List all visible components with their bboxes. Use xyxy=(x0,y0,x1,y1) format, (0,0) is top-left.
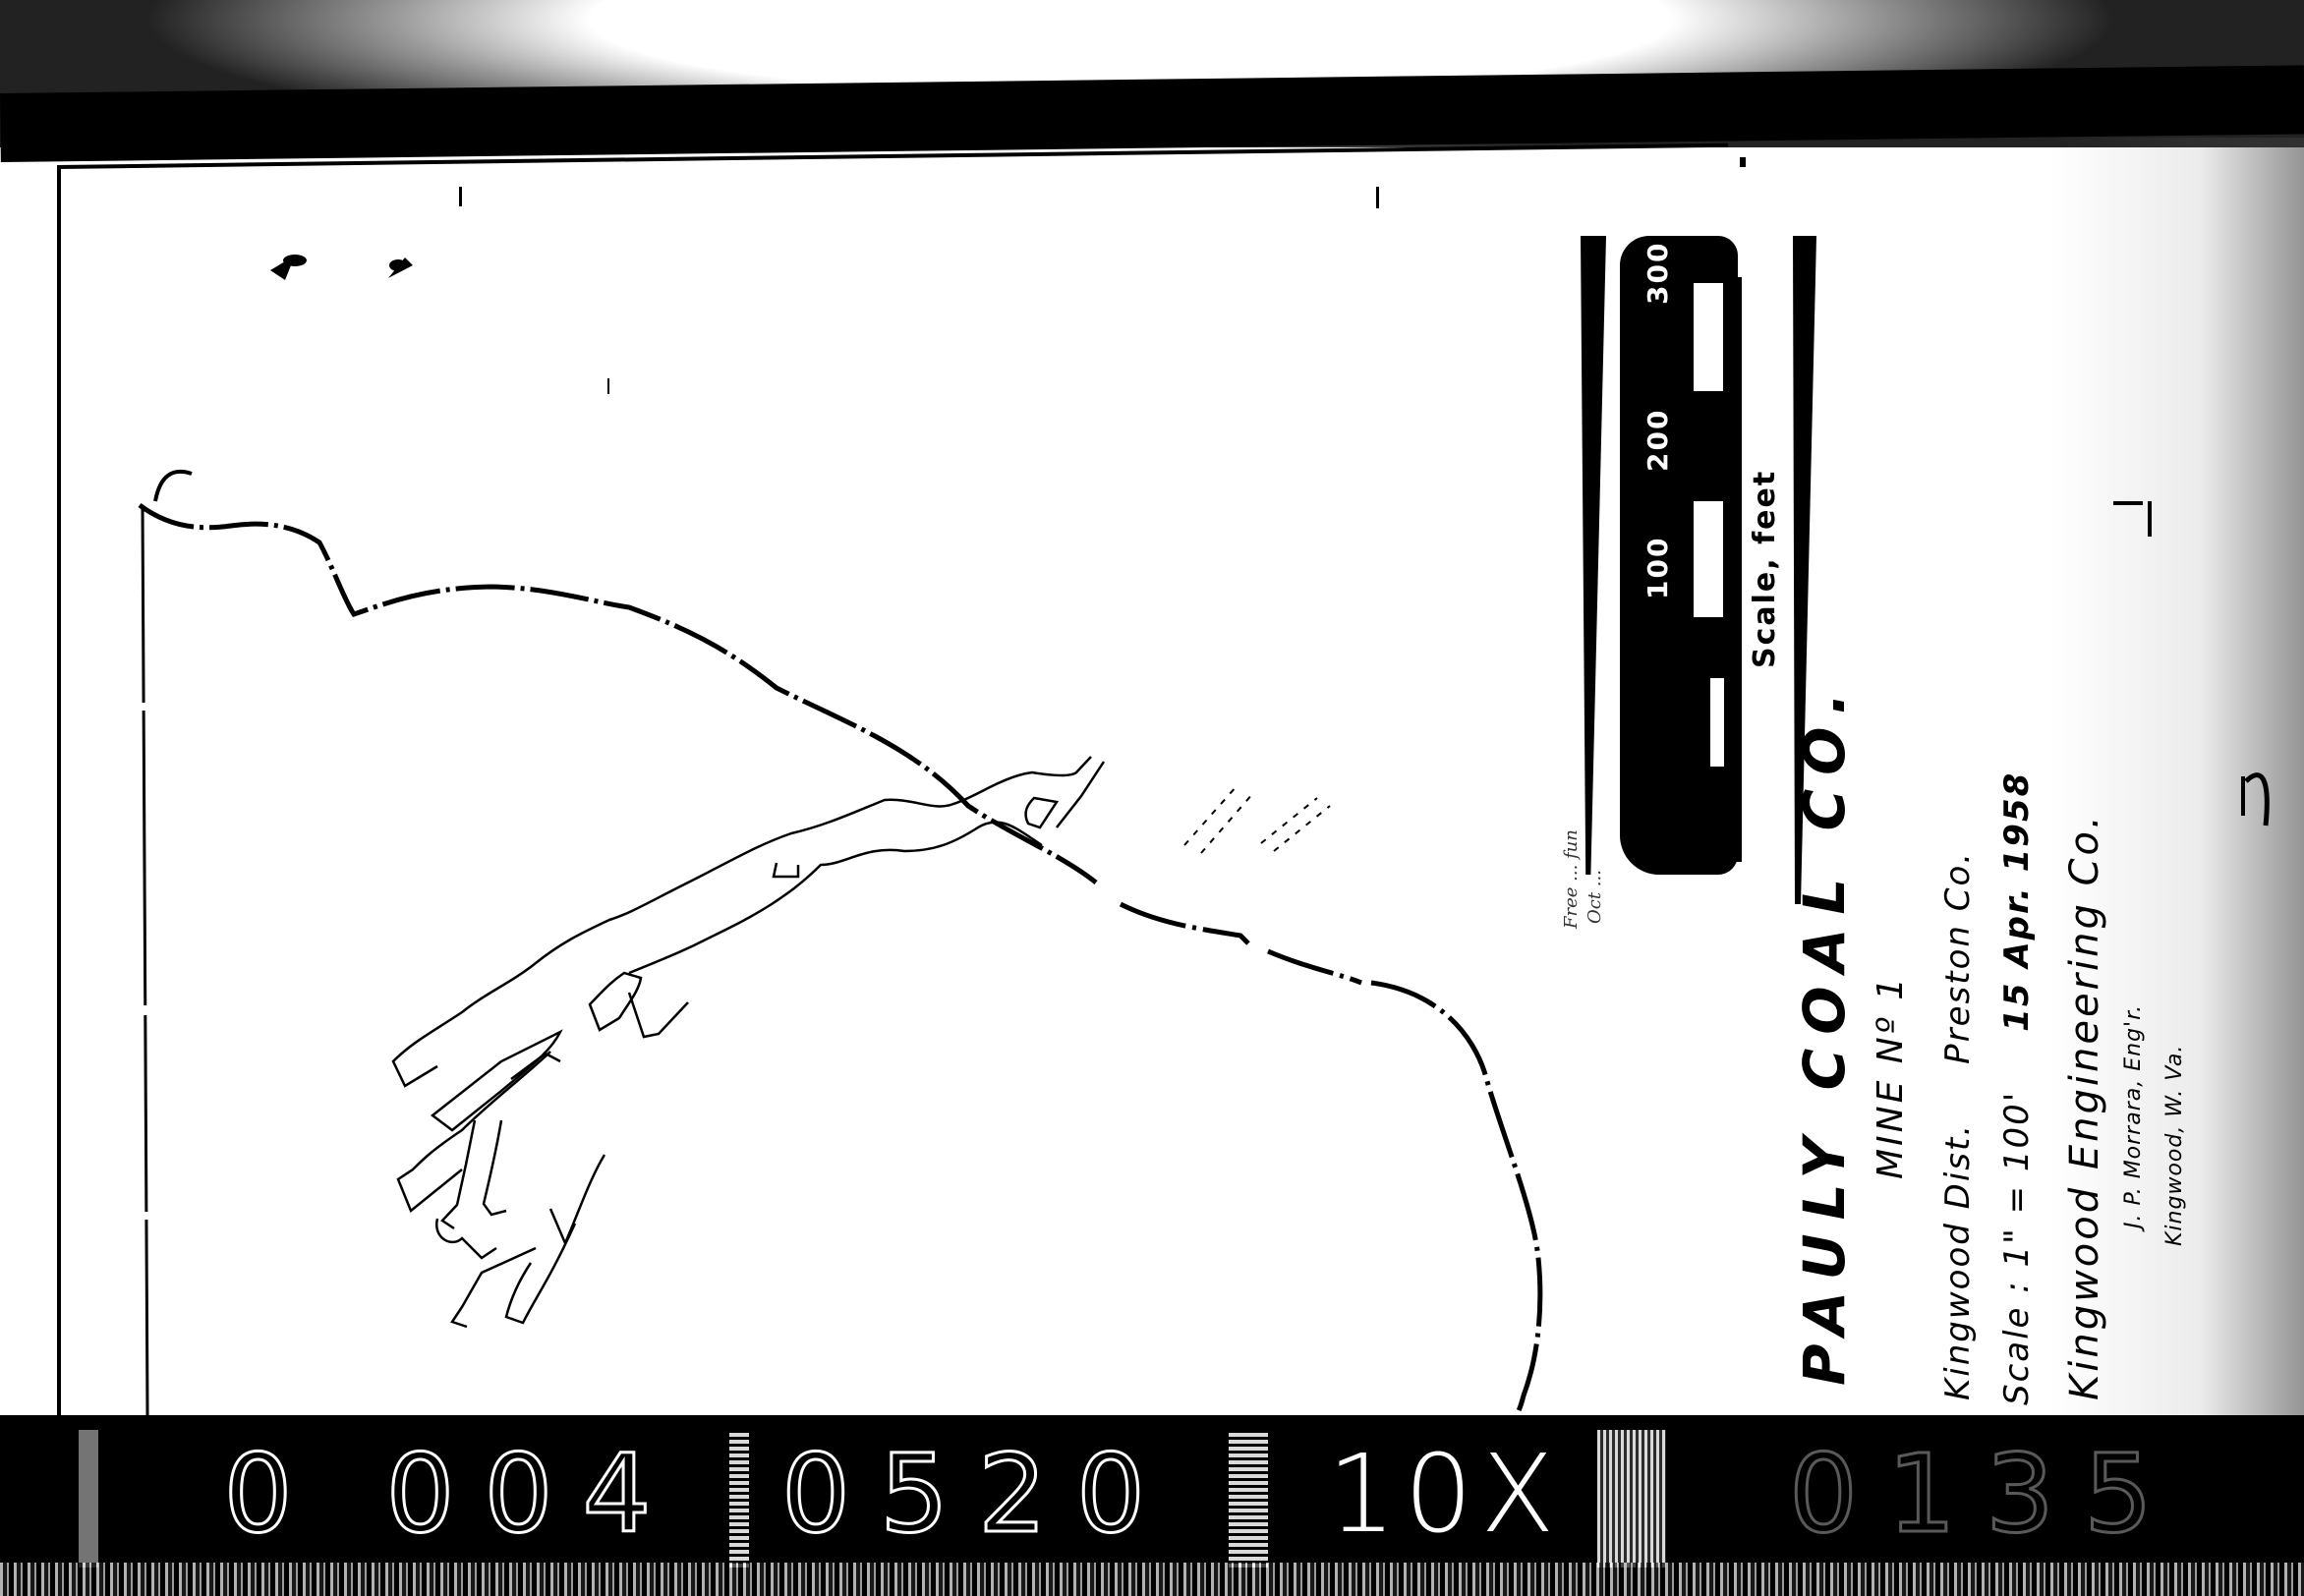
engineering-firm: Kingwood Engineering Co. xyxy=(2062,813,2107,1400)
film-edge xyxy=(79,1430,98,1567)
firm-location: Kingwood, W. Va. xyxy=(2162,1045,2187,1246)
scale-label: Scale, feet xyxy=(1748,470,1782,668)
film-cell-reduction: 10X xyxy=(1297,1425,1592,1563)
scale-tick-100: 100 xyxy=(1642,537,1674,599)
property-boundary-east xyxy=(1121,904,1540,1425)
faint-annotation-1: Free ... fun xyxy=(1561,829,1582,929)
film-cell-sequence: 0135 xyxy=(1691,1425,2280,1563)
scale-tick-300: 300 xyxy=(1642,242,1674,305)
scale-segment xyxy=(1710,678,1724,767)
scale-segment xyxy=(1694,283,1723,391)
company-name: PAULY COAL CO. xyxy=(1791,679,1858,1386)
film-cell-roll: 0 004 xyxy=(197,1425,708,1563)
district-county-line: Kingwood Dist.Preston Co. xyxy=(1938,851,1978,1400)
property-line-west xyxy=(143,506,147,1415)
property-boundary xyxy=(140,505,1096,883)
scale-segment xyxy=(1694,501,1723,617)
film-separator xyxy=(1597,1430,1666,1567)
scan-specks xyxy=(270,157,2245,816)
scale-tick-200: 200 xyxy=(1642,409,1674,472)
dotted-entries-2 xyxy=(1261,798,1330,851)
engineer-name: J. P. Morrara, Eng'r. xyxy=(2121,1004,2146,1228)
film-separator xyxy=(1229,1430,1268,1567)
scale-date-line: Scale : 1" = 100'15 Apr. 1958 xyxy=(1997,771,2037,1405)
map-sheet: 300 200 100 Scale, feet Free ... fun Oct… xyxy=(0,0,2304,1596)
faint-annotation-2: Oct ... xyxy=(1584,870,1605,924)
mine-workings xyxy=(393,757,1104,1327)
film-edge-noise xyxy=(0,1563,2304,1596)
county: Preston Co. xyxy=(1938,851,1978,1064)
film-separator xyxy=(729,1430,749,1567)
dotted-entries-1 xyxy=(1184,786,1253,853)
pillar-triangle xyxy=(1026,798,1057,827)
film-cell-frame: 0520 xyxy=(757,1425,1199,1563)
scale-text: Scale : 1" = 100' xyxy=(1997,1091,2037,1405)
mine-number: MINE Nº 1 xyxy=(1871,975,1911,1179)
district: Kingwood Dist. xyxy=(1938,1123,1978,1400)
date: 15 Apr. 1958 xyxy=(1997,771,2037,1032)
